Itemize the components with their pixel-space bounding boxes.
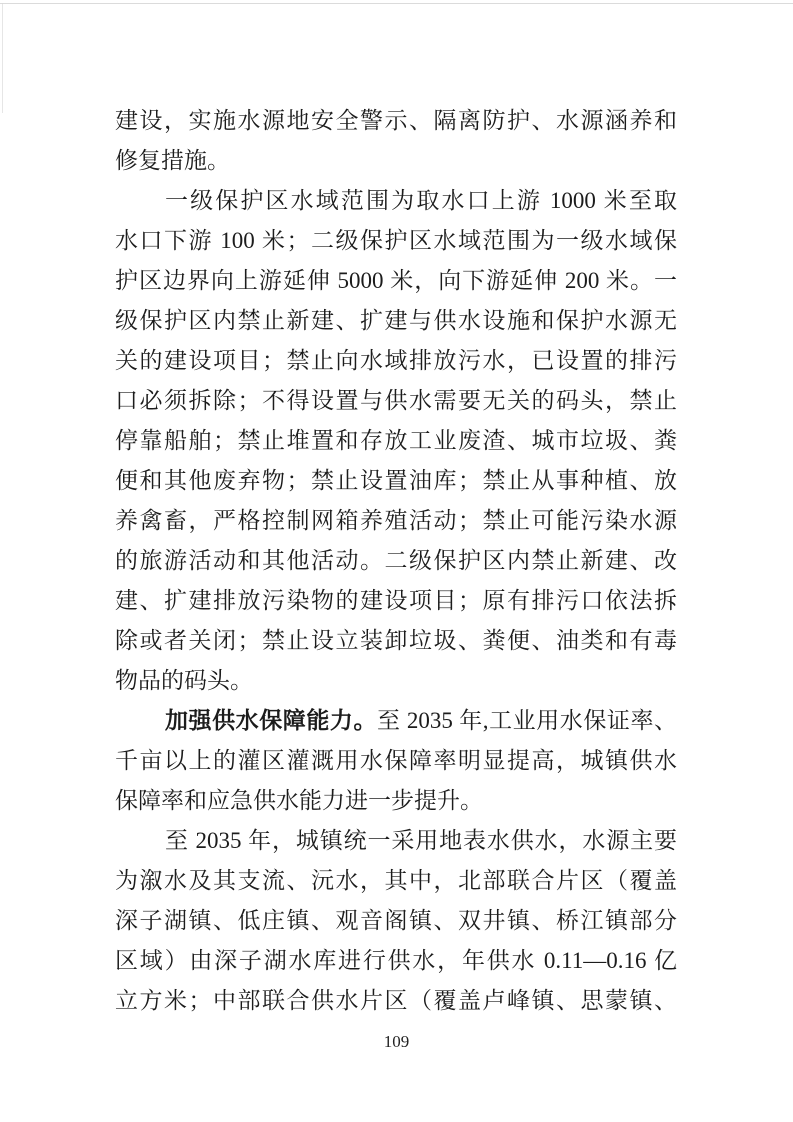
text-line: 立方米；中部联合供水片区（覆盖卢峰镇、思蒙镇、 — [115, 981, 677, 1021]
text-line: 深子湖镇、低庄镇、观音阁镇、双井镇、桥江镇部分 — [115, 901, 677, 941]
text-line-with-heading: 加强供水保障能力。至 2035 年,工业用水保证率、 — [115, 701, 677, 741]
text-line: 为溆水及其支流、沅水，其中，北部联合片区（覆盖 — [115, 861, 677, 901]
text-line: 养禽畜，严格控制网箱养殖活动；禁止可能污染水源 — [115, 501, 677, 541]
body-text: 建设，实施水源地安全警示、隔离防护、水源涵养和 修复措施。 一级保护区水域范围为… — [115, 101, 677, 1021]
text-line: 物品的码头。 — [115, 661, 677, 701]
text-line: 除或者关闭；禁止设立装卸垃圾、粪便、油类和有毒 — [115, 621, 677, 661]
text-line: 护区边界向上游延伸 5000 米，向下游延伸 200 米。一 — [115, 261, 677, 301]
text-line: 级保护区内禁止新建、扩建与供水设施和保护水源无 — [115, 301, 677, 341]
text-line: 至 2035 年，城镇统一采用地表水供水，水源主要 — [115, 821, 677, 861]
inline-heading: 加强供水保障能力。 — [165, 708, 377, 733]
text-line: 停靠船舶；禁止堆置和存放工业废渣、城市垃圾、粪 — [115, 421, 677, 461]
scan-edge-top — [0, 3, 793, 4]
text-line: 修复措施。 — [115, 141, 677, 181]
text-line: 口必须拆除；不得设置与供水需要无关的码头，禁止 — [115, 381, 677, 421]
text-line: 建设，实施水源地安全警示、隔离防护、水源涵养和 — [115, 101, 677, 141]
text-line: 关的建设项目；禁止向水域排放污水，已设置的排污 — [115, 341, 677, 381]
text-line: 建、扩建排放污染物的建设项目；原有排污口依法拆 — [115, 581, 677, 621]
text-line: 便和其他废弃物；禁止设置油库；禁止从事种植、放 — [115, 461, 677, 501]
text-line: 水口下游 100 米；二级保护区水域范围为一级水域保 — [115, 221, 677, 261]
text-line: 一级保护区水域范围为取水口上游 1000 米至取 — [115, 181, 677, 221]
page-number: 109 — [0, 1032, 793, 1052]
text-run: 至 2035 年,工业用水保证率、 — [377, 708, 677, 733]
text-line: 的旅游活动和其他活动。二级保护区内禁止新建、改 — [115, 541, 677, 581]
text-line: 区域）由深子湖水库进行供水，年供水 0.11—0.16 亿 — [115, 941, 677, 981]
document-page: 建设，实施水源地安全警示、隔离防护、水源涵养和 修复措施。 一级保护区水域范围为… — [0, 0, 793, 1122]
text-line: 千亩以上的灌区灌溉用水保障率明显提高，城镇供水 — [115, 741, 677, 781]
scan-edge-left — [2, 3, 3, 113]
text-line: 保障率和应急供水能力进一步提升。 — [115, 781, 677, 821]
